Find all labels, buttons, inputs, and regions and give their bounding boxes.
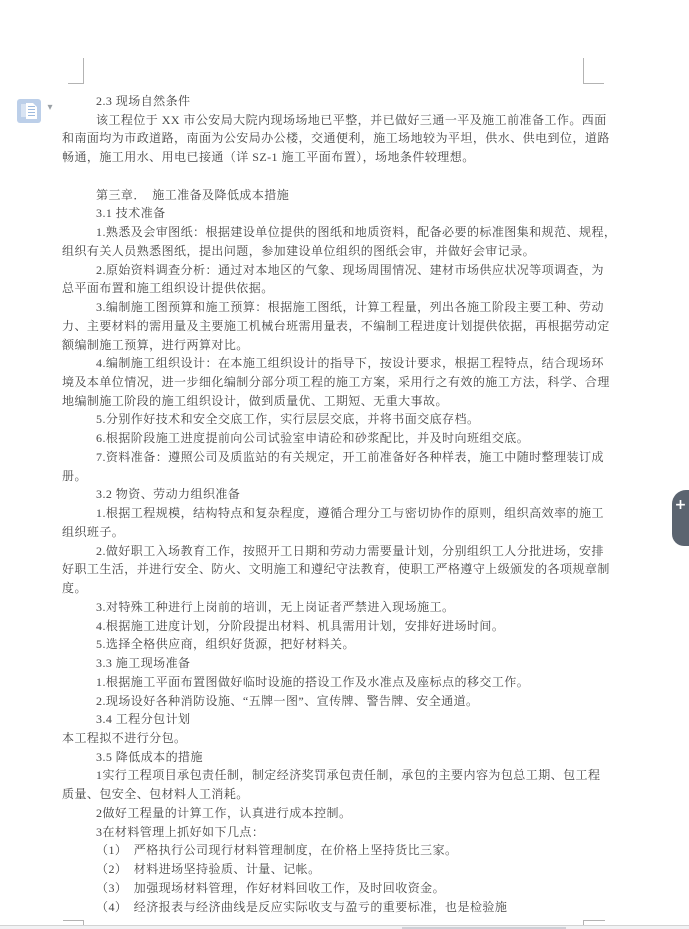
text-line: 3.对特殊工种进行上岗前的培训，无上岗证者严禁进入现场施工。	[62, 598, 622, 617]
text-line: 2做好工程量的计算工作，认真进行成本控制。	[62, 804, 622, 823]
text-line: 5.选择全格供应商，组织好货源，把好材料关。	[62, 635, 622, 654]
text-line: 好职工生活，并进行安全、防火、文明施工和遵纪守法教育，使职工严格遵守上级颁发的各…	[62, 560, 622, 579]
text-line: 境及本单位情况，进一步细化编制分部分项工程的施工方案，采用行之有效的施工方法，科…	[62, 373, 622, 392]
text-line: 1.根据施工平面布置图做好临时设施的搭设工作及水准点及座标点的移交工作。	[62, 673, 622, 692]
text-line: （1） 严格执行公司现行材料管理制度，在价格上坚持货比三家。	[62, 841, 622, 860]
text-line: 额编制施工预算，进行两算对比。	[62, 336, 622, 355]
text-line: 册。	[62, 467, 622, 486]
text-line: 3.1 技术准备	[62, 204, 622, 223]
text-line: 6.根据阶段施工进度提前向公司试验室申请砼和砂浆配比，并及时向班组交底。	[62, 429, 622, 448]
text-line	[62, 167, 622, 186]
text-line: 质量、包安全、包材料人工消耗。	[62, 785, 622, 804]
text-line: 2.做好职工入场教育工作，按照开工日期和劳动力需要量计划，分别组织工人分批进场，…	[62, 542, 622, 561]
clipboard-paste-icon	[26, 103, 37, 119]
text-line: 1.根据工程规模，结构特点和复杂程度，遵循合理分工与密切协作的原则，组织高效率的…	[62, 504, 622, 523]
side-expand-button[interactable]: +	[672, 490, 689, 546]
text-line: 和南面均为市政道路，南面为公安局办公楼，交通便利，施工场地较为平坦，供水、供电到…	[62, 129, 622, 148]
text-line: 本工程拟不进行分包。	[62, 729, 622, 748]
text-line: 组织班子。	[62, 523, 622, 542]
text-line: 7.资料准备：遵照公司及质监站的有关规定，开工前准备好各种样表，施工中随时整理装…	[62, 448, 622, 467]
text-line: 2.原始资料调查分析：通过对本地区的气象、现场周围情况、建材市场供应状况等项调查…	[62, 261, 622, 280]
text-line: 3.5 降低成本的措施	[62, 748, 622, 767]
text-line: 度。	[62, 579, 622, 598]
plus-icon: +	[672, 498, 689, 512]
text-line: 组织有关人员熟悉图纸，提出问题，参加建设单位组织的图纸会审，并做好会审记录。	[62, 242, 622, 261]
text-boundary-mark-top-right	[583, 58, 604, 84]
text-line: 1实行工程项目承包责任制，制定经济奖罚承包责任制，承包的主要内容为包总工期、包工…	[62, 766, 622, 785]
text-line: （4） 经济报表与经济曲线是反应实际收支与盈亏的重要标准，也是检验施	[62, 898, 622, 917]
paste-options-dropdown-caret[interactable]: ▾	[44, 102, 56, 114]
text-line: 畅通，施工用水、用电已接通（详 SZ-1 施工平面布置），场地条件较理想。	[62, 148, 622, 167]
text-boundary-mark-top-left	[68, 58, 84, 84]
text-line: 3在材料管理上抓好如下几点：	[62, 823, 622, 842]
text-line: 3.4 工程分包计划	[62, 710, 622, 729]
text-line: 总平面布置和施工组织设计提供依据。	[62, 279, 622, 298]
document-text: 2.3 现场自然条件该工程位于 XX 市公安局大院内现场场地已平整，并已做好三通…	[62, 92, 622, 916]
text-line: 地编制施工阶段的施工组织设计，做到质量优、工期短、无重大事故。	[62, 392, 622, 411]
text-line: 2.现场设好各种消防设施、“五牌一图”、宣传牌、警告牌、安全通道。	[62, 692, 622, 711]
text-line: 该工程位于 XX 市公安局大院内现场场地已平整，并已做好三通一平及施工前准备工作…	[62, 111, 622, 130]
text-line: 力、主要材料的需用量及主要施工机械台班需用量表，不编制工程进度计划提供依据，再根…	[62, 317, 622, 336]
text-line: 1.熟悉及会审图纸：根据建设单位提供的图纸和地质资料，配备必要的标准图集和规范、…	[62, 223, 622, 242]
paste-options-button[interactable]	[17, 99, 41, 123]
text-line: 5.分别作好技术和安全交底工作，实行层层交底，并将书面交底存档。	[62, 410, 622, 429]
text-line: 3.编制施工图预算和施工预算：根据施工图纸，计算工程量，列出各施工阶段主要工种、…	[62, 298, 622, 317]
text-line: 4.根据施工进度计划，分阶段提出材料、机具需用计划，安排好进场时间。	[62, 617, 622, 636]
text-line: 3.2 物资、劳动力组织准备	[62, 485, 622, 504]
text-line: 3.3 施工现场准备	[62, 654, 622, 673]
text-line: 4.编制施工组织设计：在本施工组织设计的指导下，按设计要求，根据工程特点，结合现…	[62, 354, 622, 373]
text-line: 2.3 现场自然条件	[62, 92, 622, 111]
text-line: （2） 材料进场坚持验质、计量、记帐。	[62, 860, 622, 879]
document-page: ▾ 2.3 现场自然条件该工程位于 XX 市公安局大院内现场场地已平整，并已做好…	[0, 0, 689, 929]
text-line: 第三章． 施工准备及降低成本措施	[62, 186, 622, 205]
text-line: （3） 加强现场材料管理，作好材料回收工作，及时回收资金。	[62, 879, 622, 898]
